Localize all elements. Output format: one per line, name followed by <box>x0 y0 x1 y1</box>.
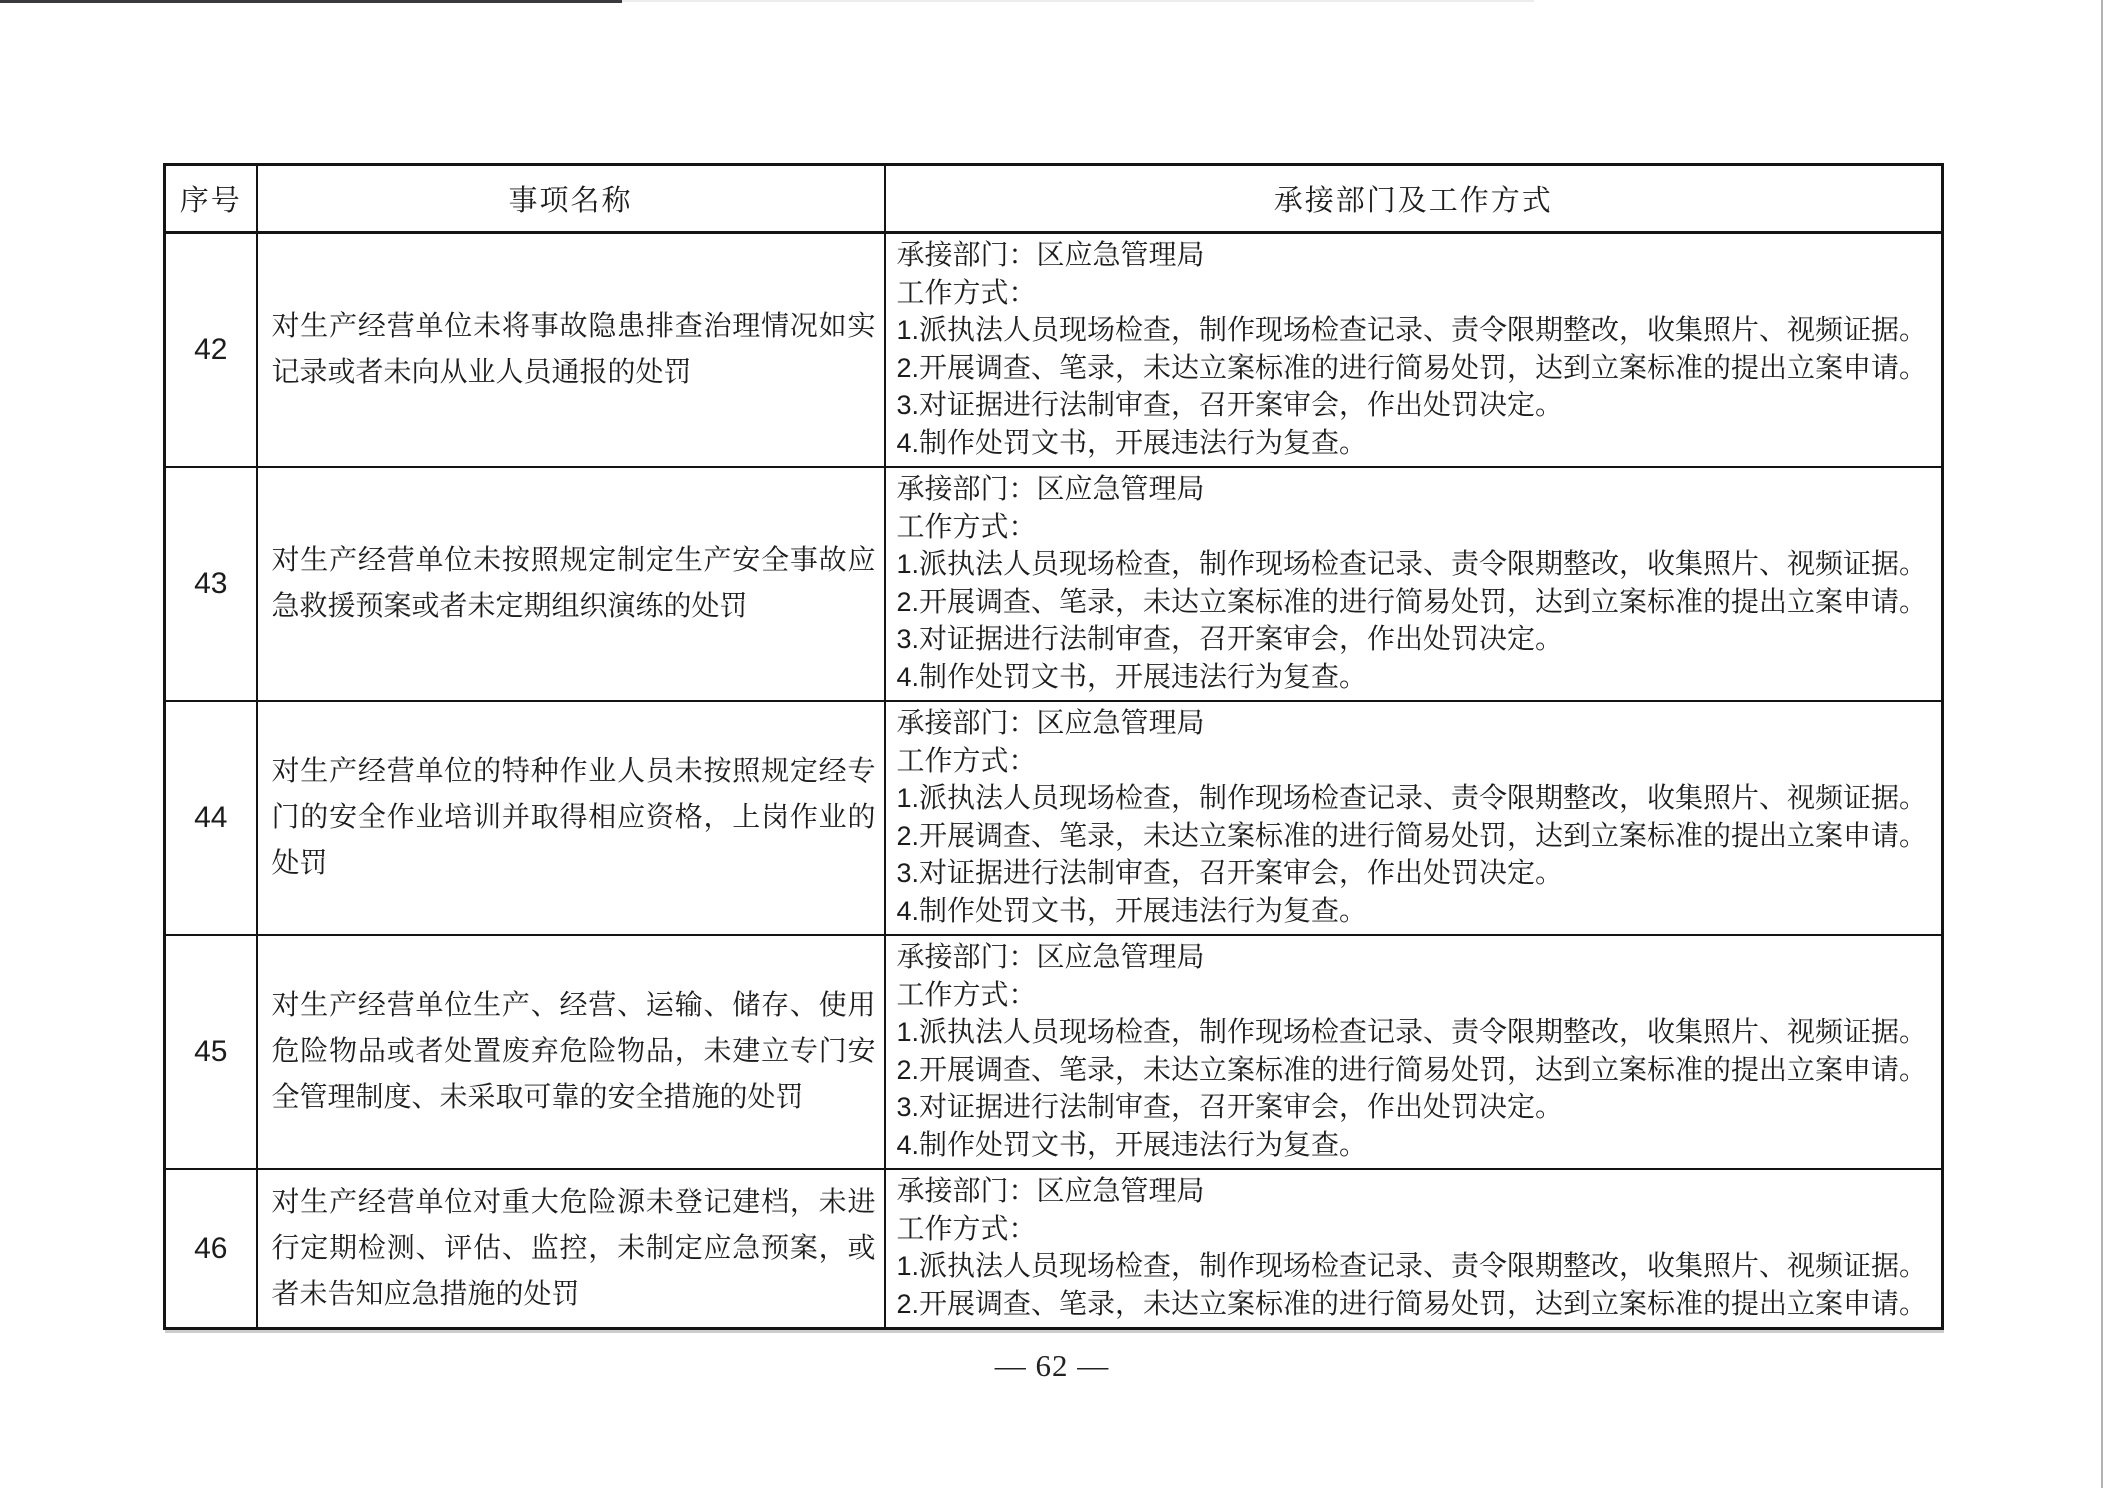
method-title-line: 工作方式： <box>897 1211 1940 1249</box>
method-title-line: 工作方式： <box>897 509 1940 547</box>
method-step-line: 1.派执法人员现场检查，制作现场检查记录、责令限期整改，收集照片、视频证据。 <box>897 1014 1940 1052</box>
step-text: 派执法人员现场检查，制作现场检查记录、责令限期整改，收集照片、视频证据。 <box>919 783 1927 814</box>
item-name-cell: 对生产经营单位对重大危险源未登记建档，未进行定期检测、评估、监控，未制定应急预案… <box>257 1169 885 1329</box>
step-number: 1. <box>897 1251 920 1281</box>
header-item-name: 事项名称 <box>257 165 885 233</box>
method-step-line: 4.制作处罚文书，开展违法行为复查。 <box>897 425 1940 463</box>
department-method-cell: 承接部门：区应急管理局工作方式：1.派执法人员现场检查，制作现场检查记录、责令限… <box>885 935 1943 1169</box>
item-name-cell: 对生产经营单位未按照规定制定生产安全事故应急救援预案或者未定期组织演练的处罚 <box>257 467 885 701</box>
scan-edge-artifact-top <box>0 0 622 3</box>
method-title-line: 工作方式： <box>897 743 1940 781</box>
step-text: 开展调查、笔录，未达立案标准的进行简易处罚，达到立案标准的提出立案申请。 <box>919 1055 1927 1086</box>
department-line: 承接部门：区应急管理局 <box>897 471 1940 509</box>
department-line: 承接部门：区应急管理局 <box>897 237 1940 275</box>
row-serial-number: 45 <box>165 935 257 1169</box>
step-number: 2. <box>897 353 920 383</box>
step-text: 派执法人员现场检查，制作现场检查记录、责令限期整改，收集照片、视频证据。 <box>919 1251 1927 1282</box>
item-name-cell: 对生产经营单位生产、经营、运输、储存、使用危险物品或者处置废弃危险物品，未建立专… <box>257 935 885 1169</box>
page-number: — 62 — <box>0 1348 2104 1384</box>
step-number: 4. <box>897 896 920 926</box>
method-step-line: 2.开展调查、笔录，未达立案标准的进行简易处罚，达到立案标准的提出立案申请。 <box>897 350 1940 388</box>
table-body: 42对生产经营单位未将事故隐患排查治理情况如实记录或者未向从业人员通报的处罚承接… <box>165 233 1943 1329</box>
step-text: 对证据进行法制审查，召开案审会，作出处罚决定。 <box>919 858 1563 889</box>
step-number: 3. <box>897 858 920 888</box>
method-step-line: 1.派执法人员现场检查，制作现场检查记录、责令限期整改，收集照片、视频证据。 <box>897 780 1940 818</box>
table-row: 44对生产经营单位的特种作业人员未按照规定经专门的安全作业培训并取得相应资格，上… <box>165 701 1943 935</box>
step-text: 制作处罚文书，开展违法行为复查。 <box>919 428 1367 459</box>
method-step-line: 2.开展调查、笔录，未达立案标准的进行简易处罚，达到立案标准的提出立案申请。 <box>897 1286 1940 1324</box>
department-line: 承接部门：区应急管理局 <box>897 705 1940 743</box>
step-text: 对证据进行法制审查，召开案审会，作出处罚决定。 <box>919 1092 1563 1123</box>
document-page: { "page": { "number_label": "— 62 —" }, … <box>0 0 2104 1488</box>
row-serial-number: 46 <box>165 1169 257 1329</box>
step-text: 制作处罚文书，开展违法行为复查。 <box>919 1130 1367 1161</box>
table-header-row: 序号 事项名称 承接部门及工作方式 <box>165 165 1943 233</box>
method-step-line: 3.对证据进行法制审查，召开案审会，作出处罚决定。 <box>897 855 1940 893</box>
method-title-line: 工作方式： <box>897 275 1940 313</box>
step-number: 2. <box>897 587 920 617</box>
method-step-line: 1.派执法人员现场检查，制作现场检查记录、责令限期整改，收集照片、视频证据。 <box>897 1248 1940 1286</box>
step-number: 4. <box>897 428 920 458</box>
item-name-cell: 对生产经营单位的特种作业人员未按照规定经专门的安全作业培训并取得相应资格，上岗作… <box>257 701 885 935</box>
step-text: 开展调查、笔录，未达立案标准的进行简易处罚，达到立案标准的提出立案申请。 <box>919 1289 1927 1320</box>
table-header: 序号 事项名称 承接部门及工作方式 <box>165 165 1943 233</box>
method-step-line: 4.制作处罚文书，开展违法行为复查。 <box>897 893 1940 931</box>
step-text: 对证据进行法制审查，召开案审会，作出处罚决定。 <box>919 390 1563 421</box>
step-number: 1. <box>897 315 920 345</box>
step-text: 派执法人员现场检查，制作现场检查记录、责令限期整改，收集照片、视频证据。 <box>919 549 1927 580</box>
row-serial-number: 43 <box>165 467 257 701</box>
row-serial-number: 44 <box>165 701 257 935</box>
department-method-cell: 承接部门：区应急管理局工作方式：1.派执法人员现场检查，制作现场检查记录、责令限… <box>885 467 1943 701</box>
department-line: 承接部门：区应急管理局 <box>897 939 1940 977</box>
step-text: 开展调查、笔录，未达立案标准的进行简易处罚，达到立案标准的提出立案申请。 <box>919 353 1927 384</box>
method-title-line: 工作方式： <box>897 977 1940 1015</box>
step-text: 派执法人员现场检查，制作现场检查记录、责令限期整改，收集照片、视频证据。 <box>919 315 1927 346</box>
scan-edge-artifact-top-light <box>622 0 1534 2</box>
method-step-line: 4.制作处罚文书，开展违法行为复查。 <box>897 1127 1940 1165</box>
step-number: 1. <box>897 1017 920 1047</box>
scan-edge-artifact-right <box>2101 0 2103 1488</box>
table-row: 45对生产经营单位生产、经营、运输、储存、使用危险物品或者处置废弃危险物品，未建… <box>165 935 1943 1169</box>
step-number: 1. <box>897 549 920 579</box>
method-step-line: 1.派执法人员现场检查，制作现场检查记录、责令限期整改，收集照片、视频证据。 <box>897 312 1940 350</box>
item-name-cell: 对生产经营单位未将事故隐患排查治理情况如实记录或者未向从业人员通报的处罚 <box>257 233 885 468</box>
method-step-line: 3.对证据进行法制审查，召开案审会，作出处罚决定。 <box>897 387 1940 425</box>
table-row: 46对生产经营单位对重大危险源未登记建档，未进行定期检测、评估、监控，未制定应急… <box>165 1169 1943 1329</box>
table-row: 42对生产经营单位未将事故隐患排查治理情况如实记录或者未向从业人员通报的处罚承接… <box>165 233 1943 468</box>
department-method-cell: 承接部门：区应急管理局工作方式：1.派执法人员现场检查，制作现场检查记录、责令限… <box>885 233 1943 468</box>
method-step-line: 2.开展调查、笔录，未达立案标准的进行简易处罚，达到立案标准的提出立案申请。 <box>897 1052 1940 1090</box>
step-number: 3. <box>897 1092 920 1122</box>
step-text: 制作处罚文书，开展违法行为复查。 <box>919 662 1367 693</box>
step-text: 开展调查、笔录，未达立案标准的进行简易处罚，达到立案标准的提出立案申请。 <box>919 821 1927 852</box>
method-step-line: 3.对证据进行法制审查，召开案审会，作出处罚决定。 <box>897 621 1940 659</box>
step-text: 制作处罚文书，开展违法行为复查。 <box>919 896 1367 927</box>
method-step-line: 4.制作处罚文书，开展违法行为复查。 <box>897 659 1940 697</box>
table-row: 43对生产经营单位未按照规定制定生产安全事故应急救援预案或者未定期组织演练的处罚… <box>165 467 1943 701</box>
method-step-line: 2.开展调查、笔录，未达立案标准的进行简易处罚，达到立案标准的提出立案申请。 <box>897 584 1940 622</box>
department-method-cell: 承接部门：区应急管理局工作方式：1.派执法人员现场检查，制作现场检查记录、责令限… <box>885 1169 1943 1329</box>
step-number: 3. <box>897 390 920 420</box>
step-number: 4. <box>897 662 920 692</box>
step-number: 2. <box>897 821 920 851</box>
method-step-line: 3.对证据进行法制审查，召开案审会，作出处罚决定。 <box>897 1089 1940 1127</box>
step-number: 2. <box>897 1289 920 1319</box>
header-serial-number: 序号 <box>165 165 257 233</box>
step-text: 开展调查、笔录，未达立案标准的进行简易处罚，达到立案标准的提出立案申请。 <box>919 587 1927 618</box>
method-step-line: 1.派执法人员现场检查，制作现场检查记录、责令限期整改，收集照片、视频证据。 <box>897 546 1940 584</box>
penalty-items-table: 序号 事项名称 承接部门及工作方式 42对生产经营单位未将事故隐患排查治理情况如… <box>163 163 1944 1330</box>
department-line: 承接部门：区应急管理局 <box>897 1173 1940 1211</box>
step-text: 对证据进行法制审查，召开案审会，作出处罚决定。 <box>919 624 1563 655</box>
method-step-line: 2.开展调查、笔录，未达立案标准的进行简易处罚，达到立案标准的提出立案申请。 <box>897 818 1940 856</box>
department-method-cell: 承接部门：区应急管理局工作方式：1.派执法人员现场检查，制作现场检查记录、责令限… <box>885 701 1943 935</box>
step-number: 2. <box>897 1055 920 1085</box>
step-number: 3. <box>897 624 920 654</box>
row-serial-number: 42 <box>165 233 257 468</box>
step-number: 4. <box>897 1130 920 1160</box>
step-text: 派执法人员现场检查，制作现场检查记录、责令限期整改，收集照片、视频证据。 <box>919 1017 1927 1048</box>
step-number: 1. <box>897 783 920 813</box>
header-department-method: 承接部门及工作方式 <box>885 165 1943 233</box>
